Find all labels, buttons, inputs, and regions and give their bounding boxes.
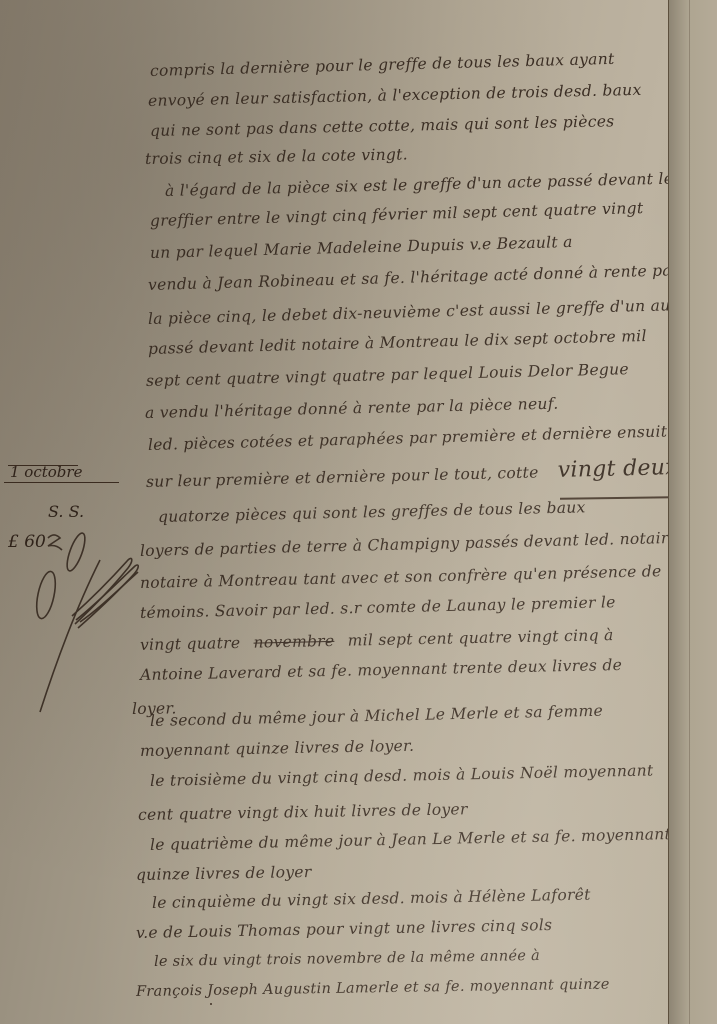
text-line: vingt quatre novembre mil sept cent quat…	[140, 626, 614, 654]
text-line: la pièce cinq, le debet dix-neuvième c'e…	[148, 296, 695, 328]
text-line: le cinquième du vingt six desd. mois à H…	[152, 886, 591, 912]
text-line: cent quatre vingt dix huit livres de loy…	[138, 800, 468, 824]
text-line: François Joseph Augustin Lamerle et sa f…	[136, 977, 610, 1000]
text-line: sept cent quatre vingt quatre par lequel…	[146, 360, 629, 390]
text-line: quinze livres de loyer	[136, 863, 312, 884]
text-line: v.e de Louis Thomas pour vingt une livre…	[136, 916, 553, 942]
text-line-content: mil sept cent quatre vingt cinq à	[347, 626, 613, 650]
text-line: le second du même jour à Michel Le Merle…	[150, 702, 603, 730]
text-line: loyers de parties de terre à Champigny p…	[140, 529, 678, 560]
text-line-content: sur leur première et dernière pour le to…	[146, 463, 539, 491]
text-line: trois cinq et six de la cote vingt.	[145, 145, 408, 168]
text-line: quatorze pièces qui sont les greffes de …	[158, 498, 586, 526]
text-line: sur leur première et dernière pour le to…	[146, 455, 679, 493]
text-line: envoyé en leur satisfaction, à l'excepti…	[148, 81, 642, 110]
text-line: à l'égard de la pièce six est le greffe …	[165, 169, 689, 200]
text-line: témoins. Savoir par led. s.r comte de La…	[140, 593, 616, 622]
text-line: Antoine Laverard et sa fe. moyennant tre…	[140, 656, 622, 684]
text-line: led. pièces cotées et paraphées par prem…	[148, 422, 677, 454]
text-line: notaire à Montreau tant avec et son conf…	[140, 562, 662, 592]
struck-word: novembre	[253, 632, 334, 652]
text-line: passé devant ledit notaire à Montreau le…	[148, 327, 647, 358]
ink-speck	[210, 1003, 212, 1005]
text-line: le quatrième du même jour à Jean Le Merl…	[150, 825, 671, 854]
text-line: greffier entre le vingt cinq février mil…	[150, 199, 644, 230]
text-line: vendu à Jean Robineau et sa fe. l'hérita…	[148, 261, 680, 294]
emphasized-count: vingt deux	[557, 455, 678, 483]
underlying-page-edge	[668, 0, 717, 1024]
text-line: le troisième du vingt cinq desd. mois à …	[150, 761, 654, 790]
text-line: a vendu l'héritage donné à rente par la …	[145, 395, 559, 422]
text-line: compris la dernière pour le greffe de to…	[150, 50, 615, 80]
text-line: le six du vingt trois novembre de la mêm…	[154, 948, 540, 970]
text-line: qui ne sont pas dans cette cotte, mais q…	[150, 112, 615, 140]
text-line: un par lequel Marie Madeleine Dupuis v.e…	[150, 233, 573, 262]
text-line: moyennant quinze livres de loyer.	[140, 737, 415, 760]
signature-flourish-icon	[0, 0, 160, 720]
manuscript-page: compris la dernière pour le greffe de to…	[0, 0, 668, 1024]
